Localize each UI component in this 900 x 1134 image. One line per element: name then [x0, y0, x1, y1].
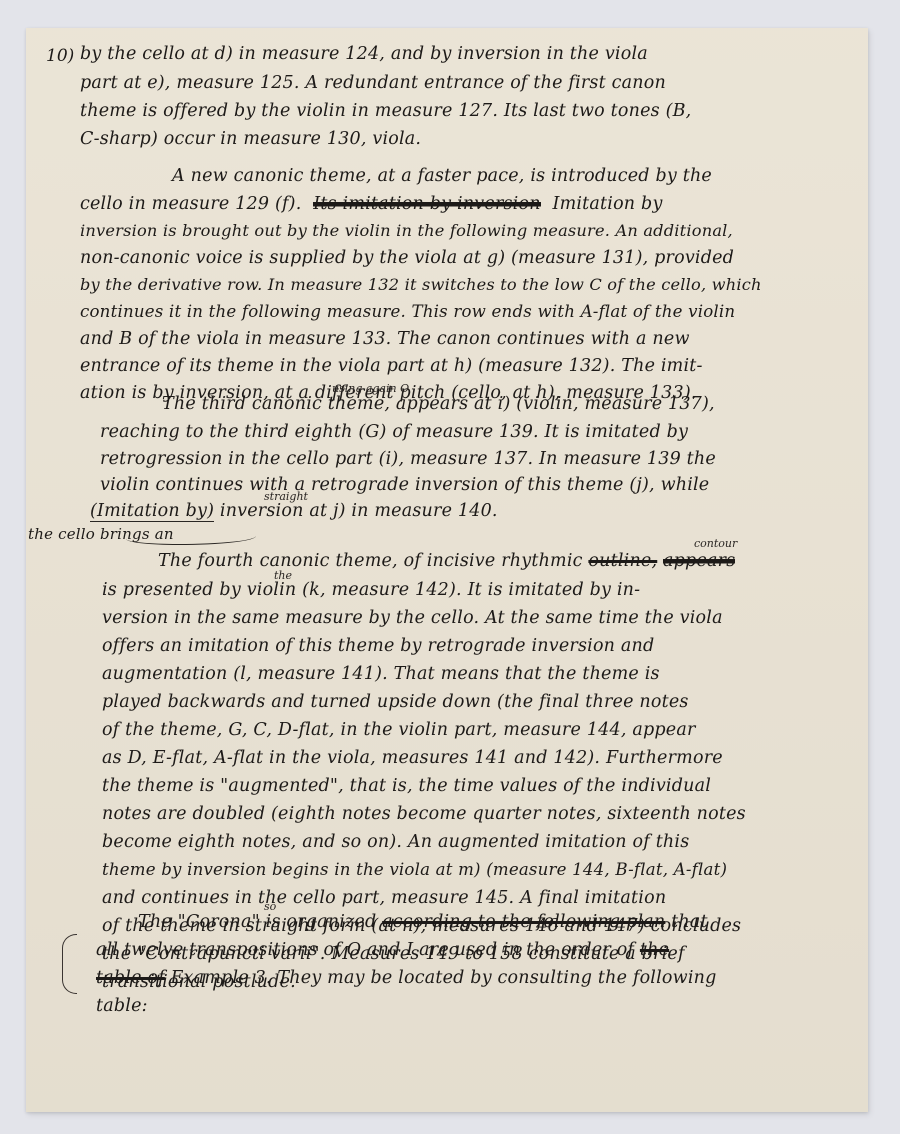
- text-fragment: Imitation by: [552, 194, 662, 214]
- text-line: of the theme, G, C, D-flat, in the violi…: [102, 720, 696, 740]
- text-line: notes are doubled (eighth notes become q…: [102, 804, 746, 824]
- text-line: transitional postlude.: [102, 972, 296, 992]
- text-line: version in the same measure by the cello…: [102, 608, 723, 628]
- text-line: inversion is brought out by the violin i…: [80, 221, 733, 240]
- deleted-text: Its imitation by inversion: [313, 194, 540, 214]
- manuscript-page: 10) by the cello at d) in measure 124, a…: [26, 28, 868, 1112]
- text-line: by the cello at d) in measure 124, and b…: [80, 44, 648, 64]
- text-line: (Imitation by) inversion at j) in measur…: [90, 501, 498, 521]
- text-line: part at e), measure 125. A redundant ent…: [80, 73, 666, 93]
- text-line: The third canonic theme, appears at i) (…: [162, 394, 715, 414]
- text-line: A new canonic theme, at a faster pace, i…: [172, 166, 712, 186]
- text-line: played backwards and turned upside down …: [102, 692, 689, 712]
- text-line: the "Contrapuncti varii". Measures 149 t…: [102, 944, 685, 964]
- text-line: offers an imitation of this theme by ret…: [102, 636, 654, 656]
- text-line: entrance of its theme in the viola part …: [80, 356, 703, 376]
- interlinear-insertion: so: [264, 900, 276, 913]
- text-line: and B of the viola in measure 133. The c…: [80, 329, 690, 349]
- text-line: retrogression in the cello part (i), mea…: [100, 449, 716, 469]
- text-line: augmentation (l, measure 141). That mean…: [102, 664, 660, 684]
- text-fragment: violin (k, measure 142). It is imitated …: [247, 580, 641, 600]
- text-fragment: (Imitation by): [90, 501, 214, 522]
- interlinear-insertion: contour: [694, 537, 737, 550]
- text-line: violin continues with a retrograde inver…: [100, 475, 709, 495]
- margin-bracket: [62, 934, 77, 994]
- text-line: of the theme in straight form (at n), me…: [102, 916, 741, 936]
- text-fragment: is presented by: [102, 580, 241, 600]
- text-line: become eighth notes, and so on). An augm…: [102, 832, 689, 852]
- text-line: as D, E-flat, A-flat in the viola, measu…: [102, 748, 723, 768]
- deleted-text: appears: [663, 551, 735, 571]
- text-line: non-canonic voice is supplied by the vio…: [80, 248, 734, 268]
- text-fragment: The third canonic theme,: [162, 394, 390, 414]
- text-fragment: The fourth canonic theme, of incisive rh…: [158, 551, 583, 571]
- page-margin-number: 10): [46, 46, 74, 66]
- text-line: and continues in the cello part, measure…: [102, 888, 666, 908]
- text-line: continues it in the following measure. T…: [80, 302, 735, 321]
- text-line: the theme is "augmented", that is, the t…: [102, 776, 711, 796]
- text-line: theme by inversion begins in the viola a…: [102, 860, 727, 879]
- text-line: C-sharp) occur in measure 130, viola.: [80, 129, 421, 149]
- deleted-text: outline,: [588, 551, 657, 571]
- text-line: The fourth canonic theme, of incisive rh…: [158, 551, 735, 571]
- text-fragment: appears at i) (violin, measure 137),: [396, 394, 715, 414]
- text-line: is presented by violin (k, measure 142).…: [102, 580, 640, 600]
- text-line: reaching to the third eighth (G) of meas…: [100, 422, 688, 442]
- text-fragment: inversion at j) in measure 140.: [220, 501, 498, 521]
- text-line: theme is offered by the violin in measur…: [80, 101, 691, 121]
- text-fragment: cello in measure 129 (f).: [80, 194, 301, 214]
- text-line: by the derivative row. In measure 132 it…: [80, 275, 762, 294]
- insertion-mark: [126, 530, 256, 545]
- text-line: cello in measure 129 (f). Its imitation …: [80, 194, 663, 214]
